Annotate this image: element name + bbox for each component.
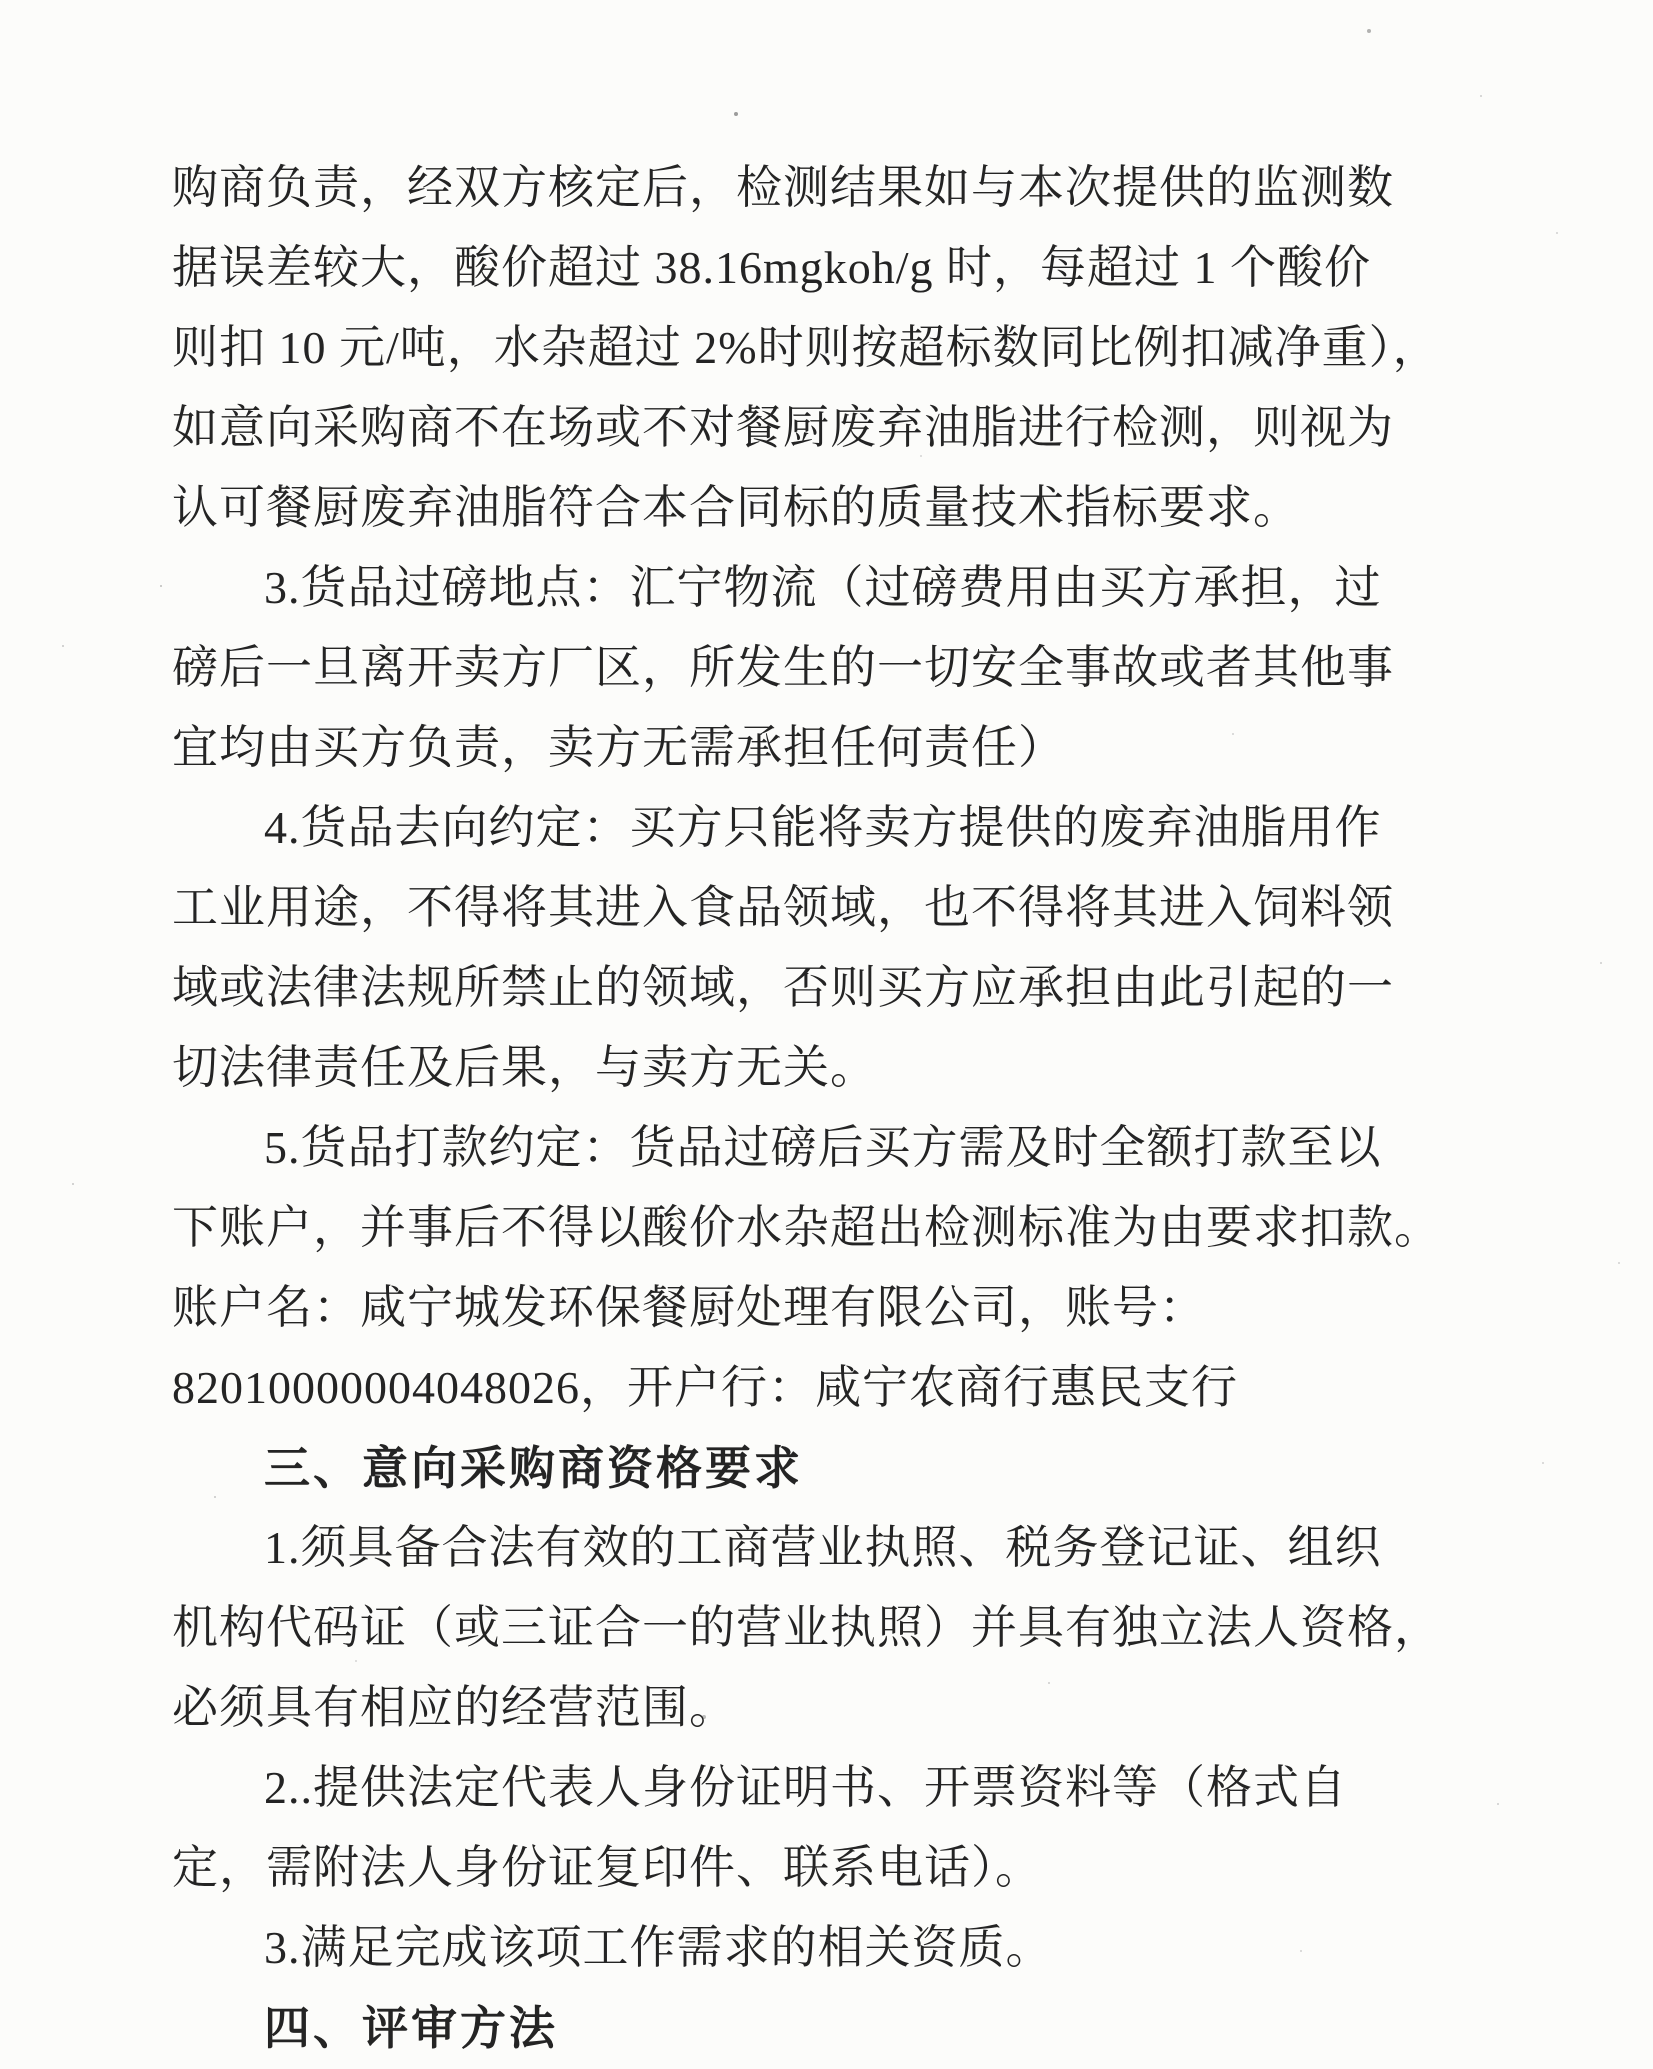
- text-line: 购商负责，经双方核定后，检测结果如与本次提供的监测数: [172, 148, 1502, 228]
- scan-noise-speckles: [0, 0, 2, 2]
- scanned-document-page: 购商负责，经双方核定后，检测结果如与本次提供的监测数 据误差较大，酸价超过 38…: [0, 0, 1653, 2069]
- text-line: 下账户，并事后不得以酸价水杂超出检测标准为由要求扣款。: [172, 1188, 1502, 1268]
- text-line: 定，需附法人身份证复印件、联系电话）。: [172, 1828, 1502, 1908]
- text-line-clause-3-weighing-location: 3.货品过磅地点：汇宁物流（过磅费用由买方承担，过: [172, 548, 1502, 628]
- text-line-clause-5-payment: 5.货品打款约定：货品过磅后买方需及时全额打款至以: [172, 1108, 1502, 1188]
- document-text-block: 购商负责，经双方核定后，检测结果如与本次提供的监测数 据误差较大，酸价超过 38…: [172, 148, 1502, 2068]
- text-line-account-name: 账户名：咸宁城发环保餐厨处理有限公司，账号：: [172, 1268, 1502, 1348]
- section-heading-3-qualifications: 三、意向采购商资格要求: [172, 1428, 1502, 1508]
- text-line-account-number: 82010000004048026，开户行：咸宁农商行惠民支行: [172, 1348, 1502, 1428]
- text-line: 工业用途，不得将其进入食品领域，也不得将其进入饲料领: [172, 868, 1502, 948]
- text-line: 则扣 10 元/吨，水杂超过 2%时则按超标数同比例扣减净重），: [172, 308, 1502, 388]
- text-line: 认可餐厨废弃油脂符合本合同标的质量技术指标要求。: [172, 468, 1502, 548]
- text-line: 机构代码证（或三证合一的营业执照）并具有独立法人资格，: [172, 1588, 1502, 1668]
- text-line-requirement-3: 3.满足完成该项工作需求的相关资质。: [172, 1908, 1502, 1988]
- text-line: 切法律责任及后果，与卖方无关。: [172, 1028, 1502, 1108]
- text-line: 必须具有相应的经营范围。: [172, 1668, 1502, 1748]
- text-line: 域或法律法规所禁止的领域，否则买方应承担由此引起的一: [172, 948, 1502, 1028]
- text-line-clause-4-goods-destination: 4.货品去向约定：买方只能将卖方提供的废弃油脂用作: [172, 788, 1502, 868]
- section-heading-4-evaluation-method: 四、评审方法: [172, 1988, 1502, 2068]
- text-line-requirement-1: 1.须具备合法有效的工商营业执照、税务登记证、组织: [172, 1508, 1502, 1588]
- text-line: 如意向采购商不在场或不对餐厨废弃油脂进行检测，则视为: [172, 388, 1502, 468]
- text-line: 据误差较大，酸价超过 38.16mgkoh/g 时，每超过 1 个酸价: [172, 228, 1502, 308]
- text-line: 宜均由买方负责，卖方无需承担任何责任）: [172, 708, 1502, 788]
- text-line: 磅后一旦离开卖方厂区，所发生的一切安全事故或者其他事: [172, 628, 1502, 708]
- text-line-requirement-2: 2..提供法定代表人身份证明书、开票资料等（格式自: [172, 1748, 1502, 1828]
